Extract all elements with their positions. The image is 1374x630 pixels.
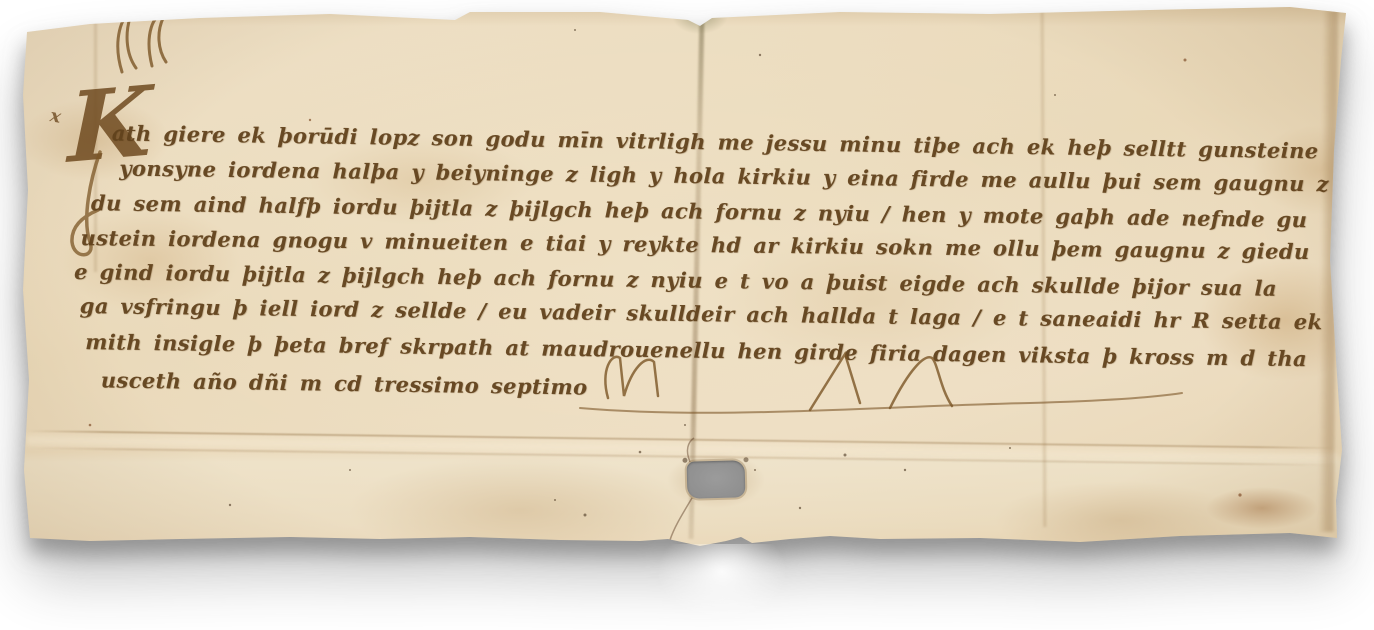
manuscript-line-8: usceth año dñi m cd tressimo septimo <box>101 369 588 397</box>
manuscript-photo: x K ath giere ek þorūdi lopz son godu mī… <box>0 0 1374 630</box>
manuscript-line-6: ga vsfringu þ iell iord z sellde / eu va… <box>80 295 1323 332</box>
parchment: x K ath giere ek þorūdi lopz son godu mī… <box>0 0 1374 630</box>
shadow-light-spot <box>652 544 792 624</box>
manuscript-line-5: e gind iordu þijtla z þijlgch heþ ach fo… <box>74 261 1277 299</box>
manuscript-line-4: ustein iordena gnogu v minueiten e tiai … <box>80 227 1309 262</box>
manuscript-line-2: yonsyne iordena halþa y beiyninge z ligh… <box>119 158 1374 195</box>
manuscript-line-3: du sem aind halfþ iordu þijtla z þijlgch… <box>91 192 1308 230</box>
parchment-seal-hole <box>687 460 746 499</box>
charter-text-block: ath giere ek þorūdi lopz son godu mīn vi… <box>72 118 1296 433</box>
parchment-wrap: x K ath giere ek þorūdi lopz son godu mī… <box>0 0 1374 630</box>
manuscript-line-7: mith insigle þ þeta bref skrpath at maud… <box>85 331 1307 369</box>
